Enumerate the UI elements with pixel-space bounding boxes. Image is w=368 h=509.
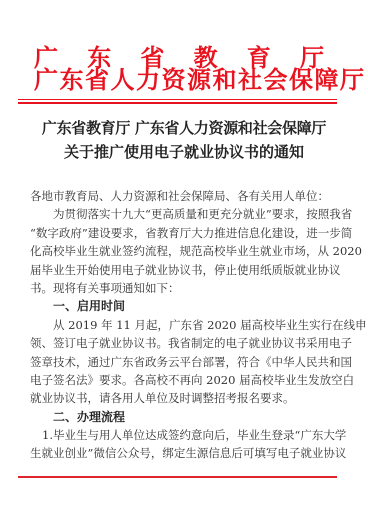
letterhead-divider-thick xyxy=(18,102,337,104)
section1-line: 从 2019 年 11 月起，广东省 2020 届高校毕业生实行在线申 xyxy=(30,316,330,334)
section-heading-start-time: 一、启用时间 xyxy=(30,297,330,315)
letterhead-hrss-dept: 广东省人力资源和社会保障厅 xyxy=(34,66,324,94)
intro-line: 为贯彻落实十九大“更高质量和更充分就业”要求，按照我省 xyxy=(30,205,330,223)
notice-title-issuers: 广东省教育厅 广东省人力资源和社会保障厅 xyxy=(0,118,368,138)
intro-line: 化高校毕业生就业签约流程，规范高校毕业生就业市场，从 2020 xyxy=(30,242,330,260)
notice-title-subject: 关于推广使用电子就业协议书的通知 xyxy=(0,142,368,162)
section1-line: 领、签订电子就业协议书。我省制定的电子就业协议书采用电子 xyxy=(30,334,330,352)
section1-line: 签章技术，通过广东省政务云平台部署，符合《中华人民共和国 xyxy=(30,353,330,371)
section1-line: 电子签名法》要求。各高校不再向 2020 届高校毕业生发放空白 xyxy=(30,371,330,389)
intro-line: 书。现将有关事项通知如下： xyxy=(30,279,330,297)
letterhead-divider-thin xyxy=(18,99,337,100)
document-page: 广 东 省 教 育 厅 广东省人力资源和社会保障厅 广东省教育厅 广东省人力资源… xyxy=(0,0,368,509)
section2-line: 生就业创业”微信公众号，绑定生源信息后可填写电子就业协议 xyxy=(30,444,330,462)
salutation: 各地市教育局、人力资源和社会保障局、各有关用人单位： xyxy=(30,187,330,205)
section2-line: 1.毕业生与用人单位达成签约意向后，毕业生登录“广东大学 xyxy=(30,426,330,444)
intro-line: 届毕业生开始使用电子就业协议书，停止使用纸质版就业协议 xyxy=(30,261,330,279)
section1-line: 就业协议书，请各用人单位及时调整招考报名要求。 xyxy=(30,389,330,407)
section-heading-procedure: 二、办理流程 xyxy=(30,408,330,426)
intro-line: “数字政府”建设要求，省教育厅大力推进信息化建设，进一步简 xyxy=(30,224,330,242)
notice-body: 各地市教育局、人力资源和社会保障局、各有关用人单位： 为贯彻落实十九大“更高质量… xyxy=(30,187,330,463)
footer-divider xyxy=(18,476,337,478)
